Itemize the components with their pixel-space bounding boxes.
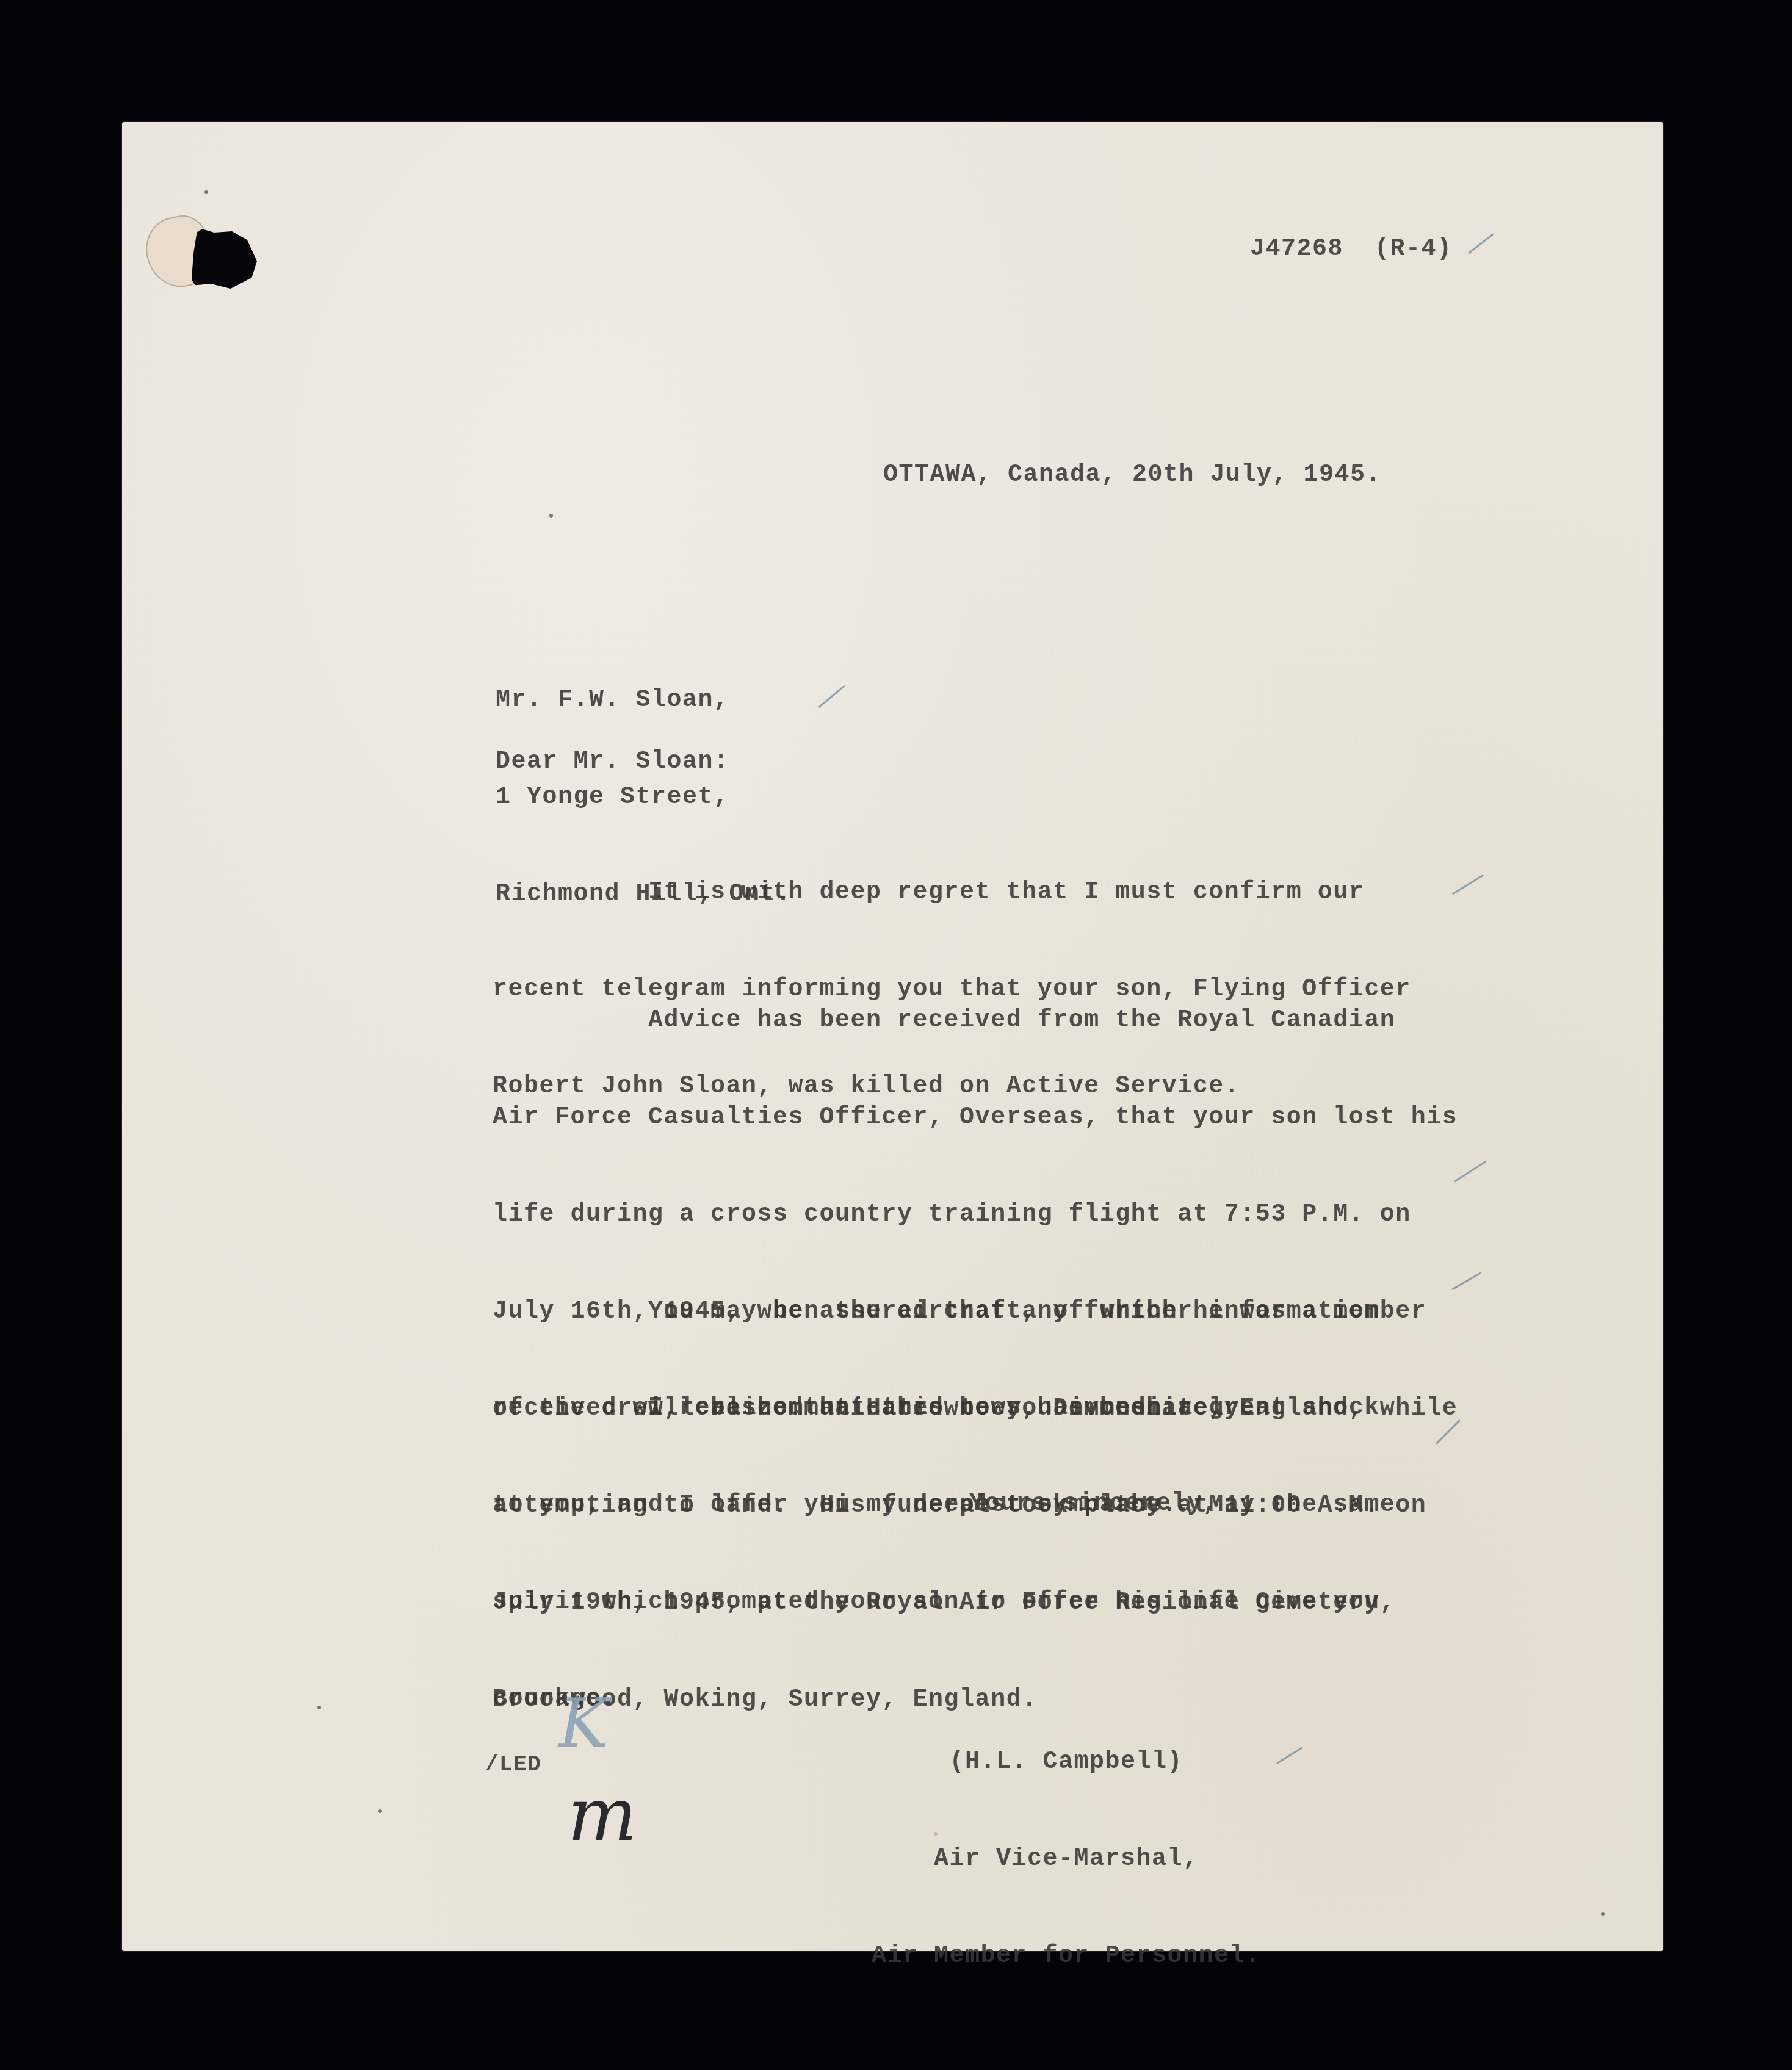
paper-speck xyxy=(317,1706,321,1709)
dateline: OTTAWA, Canada, 20th July, 1945. xyxy=(883,459,1381,491)
paragraph-line: to you, and I offer you my deepest sympa… xyxy=(493,1489,1395,1521)
paper-speck xyxy=(204,190,208,194)
paper-speck xyxy=(1601,1912,1605,1916)
salutation: Dear Mr. Sloan: xyxy=(496,746,729,778)
paragraph-line: You may be assured that any further info… xyxy=(493,1296,1380,1328)
signatory-title: Air Member for Personnel. xyxy=(872,1940,1261,1972)
paper-speck xyxy=(378,1809,382,1813)
ink-initial-mark: m xyxy=(568,1773,637,1858)
paragraph-line: I realize that this news has been a grea… xyxy=(493,1392,1395,1424)
paper-speck xyxy=(934,1832,938,1836)
file-reference: J47268 (R-4) xyxy=(1250,233,1453,265)
recipient-name: Mr. F.W. Sloan, xyxy=(496,684,792,716)
signatory-name: (H.L. Campbell) xyxy=(872,1746,1261,1778)
paper-speck xyxy=(549,514,553,517)
paragraph-line: Air Force Casualties Officer, Overseas, … xyxy=(493,1102,1458,1134)
paragraph-line: It is with deep regret that I must confi… xyxy=(493,876,1411,909)
signature-block: (H.L. Campbell) Air Vice-Marshal, Air Me… xyxy=(872,1681,1261,2005)
pencil-initial-mark: K xyxy=(558,1684,609,1762)
typist-initials: /LED xyxy=(485,1748,541,1781)
paragraph-line: life during a cross country training fli… xyxy=(493,1199,1458,1231)
signatory-rank: Air Vice-Marshal, xyxy=(872,1843,1261,1875)
paragraph-line: Advice has been received from the Royal … xyxy=(493,1004,1458,1037)
recipient-street: 1 Yonge Street, xyxy=(496,781,792,813)
paragraph-line: spirit which prompted your son to offer … xyxy=(493,1586,1395,1618)
closing: Yours sincerely, xyxy=(969,1488,1218,1520)
